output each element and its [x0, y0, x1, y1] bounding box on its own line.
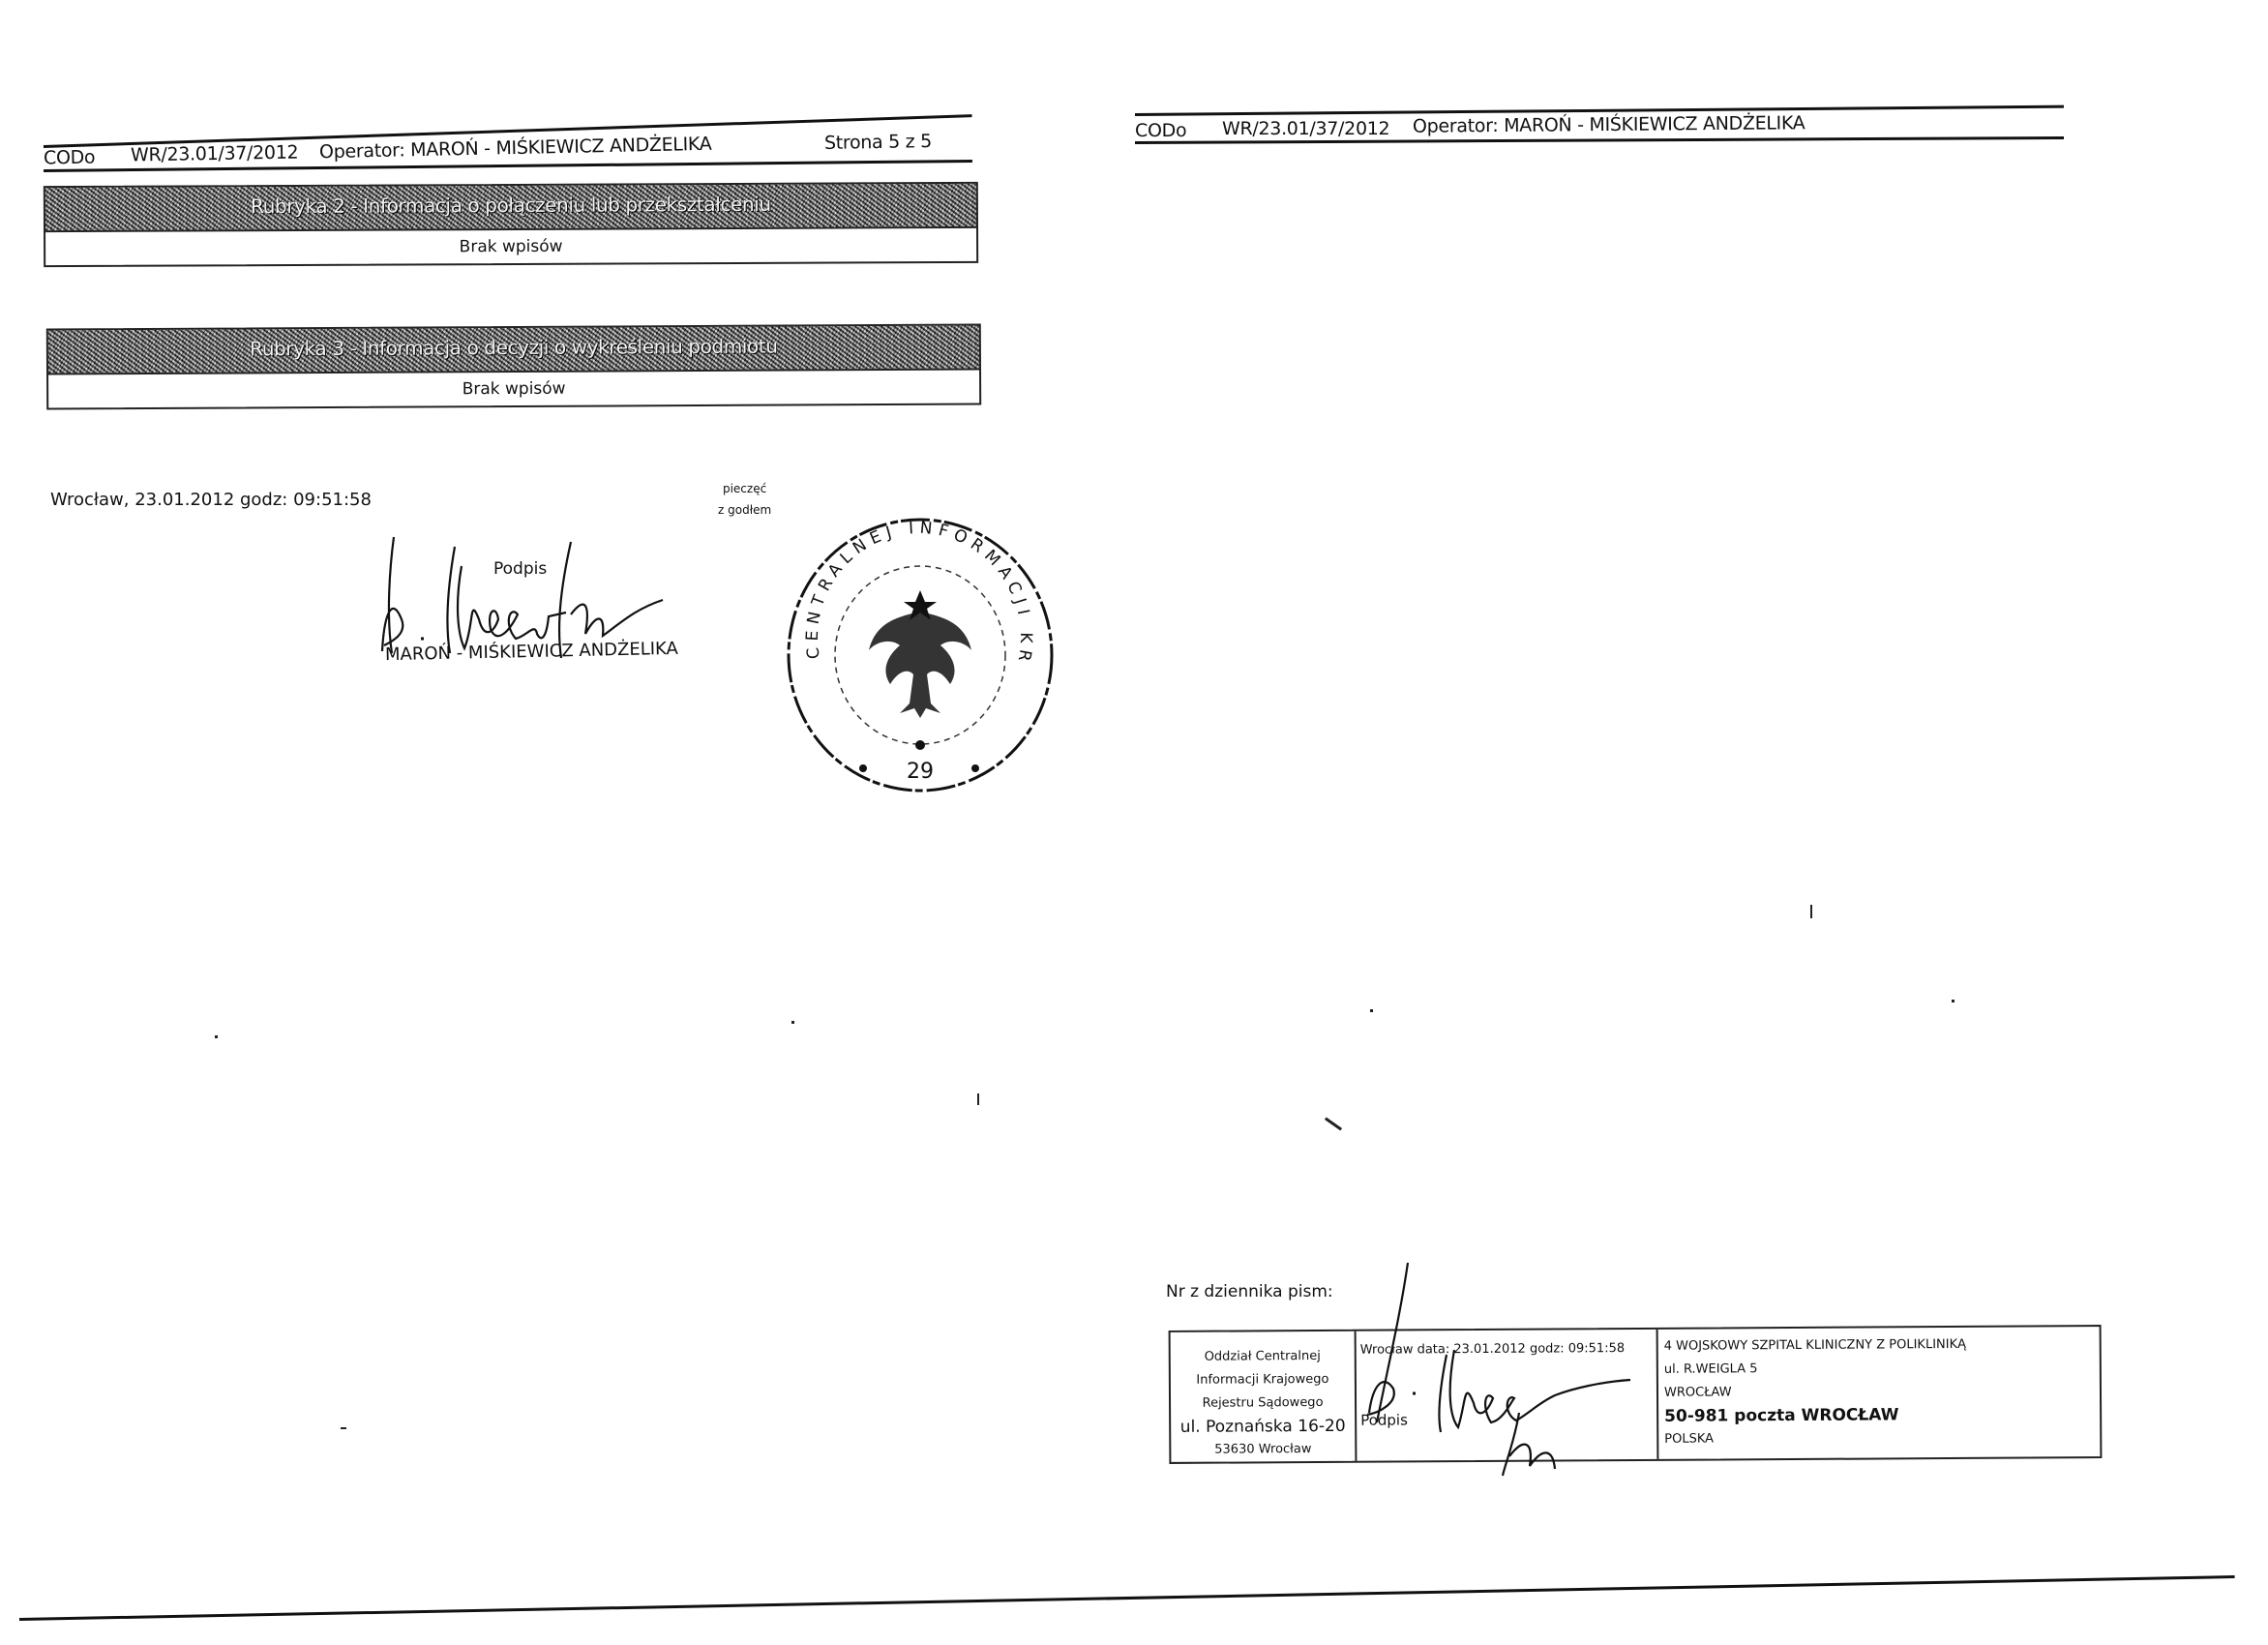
sender-line: Informacji Krajowego [1171, 1368, 1355, 1392]
official-stamp: CENTRALNEJ INFORMACJI KRAJOWEGO REJESTRU… [784, 515, 1057, 795]
rubric-title: Rubryka 2 - Informacja o połączeniu lub … [45, 192, 976, 219]
rubric-header: Rubryka 2 - Informacja o połączeniu lub … [45, 184, 976, 232]
journal-number-label: Nr z dziennika pism: [1166, 1282, 1333, 1301]
recipient-line: 4 WOJSKOWY SZPITAL KLINICZNY Z POLIKLINI… [1664, 1332, 2100, 1359]
scan-speck [215, 1035, 218, 1038]
recipient-postal: 50-981 poczta WROCŁAW [1664, 1402, 2100, 1428]
recipient-country: POLSKA [1664, 1425, 2100, 1451]
handwritten-signature [1340, 1258, 1650, 1480]
scan-speck [791, 1021, 794, 1024]
scan-edge-line [19, 1575, 2235, 1621]
sender-line: Rejestru Sądowego [1171, 1391, 1355, 1416]
eagle-seal-icon: CENTRALNEJ INFORMACJI KRAJOWEGO REJESTRU… [784, 515, 1057, 795]
header-case-number: WR/23.01/37/2012 [131, 141, 299, 165]
scan-speck [341, 1427, 346, 1429]
header-case-number: WR/23.01/37/2012 [1222, 118, 1389, 139]
rubric-title: Rubryka 3 - Informacja o decyzji o wykre… [48, 333, 979, 361]
sender-line: Oddział Centralnej [1171, 1345, 1355, 1369]
recipient-line: ul. R.WEIGLA 5 [1664, 1356, 2100, 1382]
stamp-label-line2: z godłem [718, 499, 771, 521]
scan-speck [1952, 1000, 1955, 1002]
rubric-deregistration-info: Rubryka 3 - Informacja o decyzji o wykre… [46, 323, 981, 409]
header-operator: Operator: MAROŃ - MIŚKIEWICZ ANDŻELIKA [1413, 112, 1805, 137]
header-code: CODo [44, 147, 96, 169]
rubric-body: Brak wpisów [45, 228, 976, 265]
place-date: Wrocław, 23.01.2012 godz: 09:51:58 [50, 490, 372, 510]
recipient-line: WROCŁAW [1664, 1379, 2100, 1405]
header-page-number: Strona 5 z 5 [824, 131, 932, 154]
stamp-number: 29 [907, 760, 934, 784]
stamp-label-line1: pieczęć [718, 478, 771, 499]
header-operator: Operator: MAROŃ - MIŚKIEWICZ ANDŻELIKA [319, 134, 712, 163]
scan-speck [1810, 905, 1812, 918]
scan-speck [1370, 1009, 1373, 1012]
scan-speck [1325, 1118, 1342, 1131]
rubric-header: Rubryka 3 - Informacja o decyzji o wykre… [48, 325, 979, 374]
header-code: CODo [1135, 120, 1186, 141]
scan-speck [977, 1093, 979, 1105]
rubric-body: Brak wpisów [48, 370, 979, 407]
sender-column: Oddział Centralnej Informacji Krajowego … [1171, 1331, 1358, 1462]
recipient-column: 4 WOJSKOWY SZPITAL KLINICZNY Z POLIKLINI… [1658, 1327, 2101, 1459]
stamp-label: pieczęć z godłem [718, 478, 771, 521]
rubric-merger-info: Rubryka 2 - Informacja o połączeniu lub … [44, 182, 978, 267]
sender-city: 53630 Wrocław [1171, 1438, 1355, 1462]
sender-street: ul. Poznańska 16-20 [1171, 1415, 1355, 1439]
